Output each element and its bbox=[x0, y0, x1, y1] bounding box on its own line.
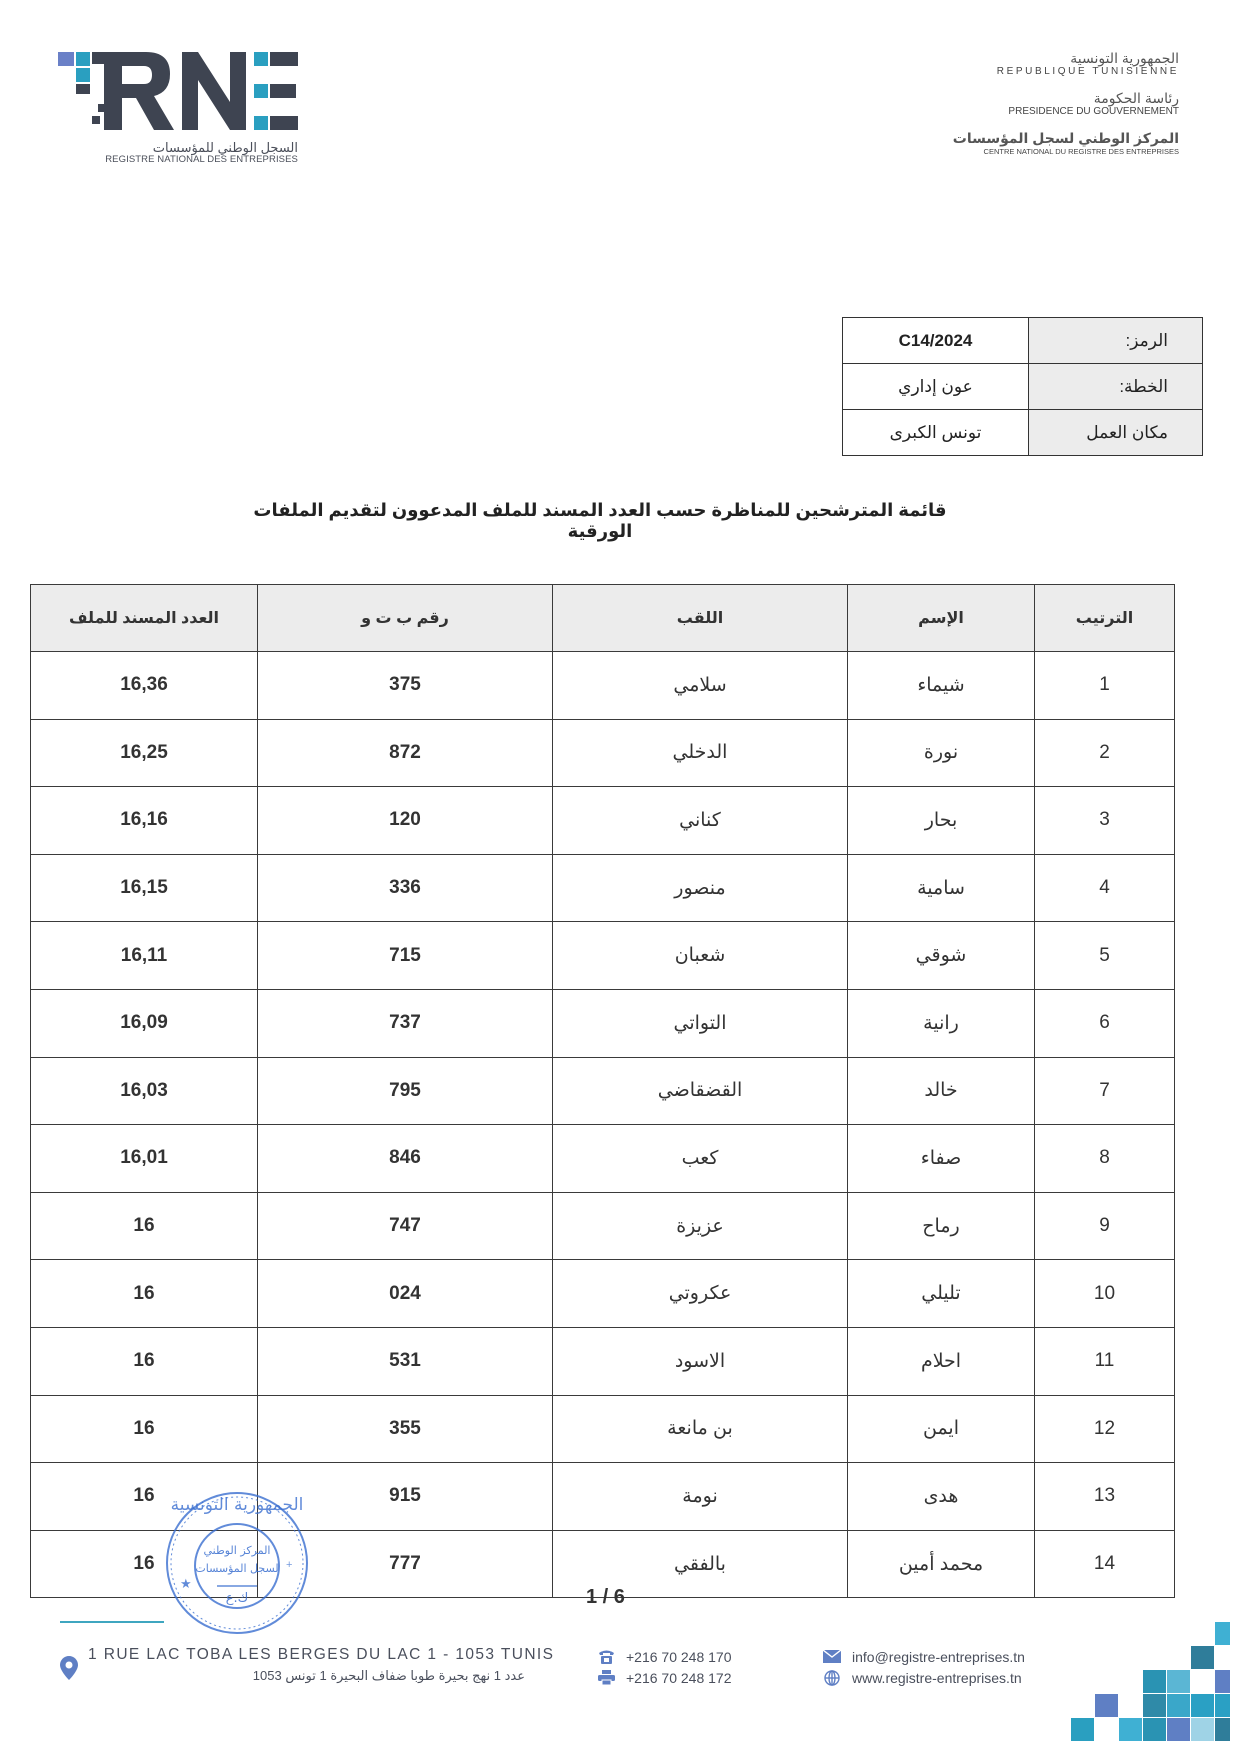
header-first-name: الإسم bbox=[848, 585, 1035, 652]
presidency-arabic: رئاسة الحكومة bbox=[939, 90, 1179, 106]
id-number-cell: 355 bbox=[258, 1395, 553, 1463]
header-last-name: اللقب bbox=[553, 585, 848, 652]
last-name-cell: التواتي bbox=[553, 989, 848, 1057]
score-cell: 16,25 bbox=[31, 719, 258, 787]
website-url[interactable]: www.registre-entreprises.tn bbox=[852, 1670, 1022, 1686]
svg-text:+: + bbox=[286, 1559, 292, 1571]
address-french: 1 RUE LAC TOBA LES BERGES DU LAC 1 - 105… bbox=[88, 1646, 554, 1664]
position-value: عون إداري bbox=[843, 364, 1029, 410]
globe-icon bbox=[822, 1670, 842, 1686]
first-name-cell: رانية bbox=[848, 989, 1035, 1057]
last-name-cell: عزيزة bbox=[553, 1192, 848, 1260]
fax-row: +216 70 248 172 bbox=[596, 1667, 732, 1688]
last-name-cell: عكروتي bbox=[553, 1260, 848, 1328]
presidency-french: PRESIDENCE DU GOUVERNEMENT bbox=[939, 106, 1179, 118]
table-row: 4 سامية منصور 336 16,15 bbox=[31, 854, 1175, 922]
rank-cell: 8 bbox=[1035, 1125, 1175, 1193]
score-cell: 16,36 bbox=[31, 652, 258, 720]
rank-cell: 13 bbox=[1035, 1463, 1175, 1531]
official-stamp-icon: الجمهورية التونسية المركز الوطني لسجل ال… bbox=[162, 1488, 312, 1638]
svg-text:الجمهورية التونسية: الجمهورية التونسية bbox=[171, 1495, 304, 1515]
id-number-cell: 737 bbox=[258, 989, 553, 1057]
document-title: قائمة المترشحين للمناظرة حسب العدد المسن… bbox=[240, 500, 960, 542]
code-value: C14/2024 bbox=[843, 318, 1029, 364]
table-row: 5 شوقي شعبان 715 16,11 bbox=[31, 922, 1175, 990]
svg-text:المركز الوطني: المركز الوطني bbox=[204, 1544, 271, 1557]
rank-cell: 11 bbox=[1035, 1327, 1175, 1395]
email-row: info@registre-entreprises.tn bbox=[822, 1646, 1025, 1667]
id-number-cell: 846 bbox=[258, 1125, 553, 1193]
id-number-cell: 872 bbox=[258, 719, 553, 787]
fax-number[interactable]: +216 70 248 172 bbox=[626, 1670, 732, 1686]
score-cell: 16 bbox=[31, 1395, 258, 1463]
table-row: 11 احلام الاسود 531 16 bbox=[31, 1327, 1175, 1395]
first-name-cell: احلام bbox=[848, 1327, 1035, 1395]
rank-cell: 7 bbox=[1035, 1057, 1175, 1125]
address-arabic: عدد 1 نهج بحيرة طوبا ضفاف البحيرة 1 تونس… bbox=[88, 1668, 525, 1684]
rank-cell: 14 bbox=[1035, 1530, 1175, 1598]
location-label: مكان العمل bbox=[1029, 410, 1203, 456]
first-name-cell: تليلي bbox=[848, 1260, 1035, 1328]
score-cell: 16,01 bbox=[31, 1125, 258, 1193]
table-row: 7 خالد القضقاضي 795 16,03 bbox=[31, 1057, 1175, 1125]
last-name-cell: نومة bbox=[553, 1463, 848, 1531]
phone-row: +216 70 248 170 bbox=[596, 1646, 732, 1667]
competition-info-table: الرمز: C14/2024 الخطة: عون إداري مكان ال… bbox=[842, 317, 1203, 456]
score-cell: 16 bbox=[31, 1260, 258, 1328]
first-name-cell: ايمن bbox=[848, 1395, 1035, 1463]
table-row: 12 ايمن بن مانعة 355 16 bbox=[31, 1395, 1175, 1463]
rank-cell: 5 bbox=[1035, 922, 1175, 990]
rank-cell: 2 bbox=[1035, 719, 1175, 787]
id-number-cell: 375 bbox=[258, 652, 553, 720]
phone-number[interactable]: +216 70 248 170 bbox=[626, 1649, 732, 1665]
center-french: CENTRE NATIONAL DU REGISTRE DES ENTREPRI… bbox=[939, 146, 1179, 158]
website-row: www.registre-entreprises.tn bbox=[822, 1667, 1025, 1688]
email-address[interactable]: info@registre-entreprises.tn bbox=[852, 1649, 1025, 1665]
score-cell: 16,09 bbox=[31, 989, 258, 1057]
rank-cell: 9 bbox=[1035, 1192, 1175, 1260]
first-name-cell: سامية bbox=[848, 854, 1035, 922]
id-number-cell: 120 bbox=[258, 787, 553, 855]
first-name-cell: صفاء bbox=[848, 1125, 1035, 1193]
first-name-cell: محمد أمين bbox=[848, 1530, 1035, 1598]
rank-cell: 10 bbox=[1035, 1260, 1175, 1328]
info-row-location: مكان العمل تونس الكبرى bbox=[843, 410, 1203, 456]
svg-text:★: ★ bbox=[180, 1576, 192, 1591]
table-row: 9 رماح عزيزة 747 16 bbox=[31, 1192, 1175, 1260]
rank-cell: 6 bbox=[1035, 989, 1175, 1057]
footer-phones: +216 70 248 170 +216 70 248 172 bbox=[596, 1646, 732, 1688]
first-name-cell: بحار bbox=[848, 787, 1035, 855]
republic-arabic: الجمهورية التونسية bbox=[939, 50, 1179, 66]
info-row-code: الرمز: C14/2024 bbox=[843, 318, 1203, 364]
header-score: العدد المسند للملف bbox=[31, 585, 258, 652]
last-name-cell: سلامي bbox=[553, 652, 848, 720]
location-value: تونس الكبرى bbox=[843, 410, 1029, 456]
table-row: 3 بحار كناني 120 16,16 bbox=[31, 787, 1175, 855]
rne-logo: السجل الوطني للمؤسسات REGISTRE NATIONAL … bbox=[58, 52, 298, 164]
table-row: 10 تليلي عكروتي 024 16 bbox=[31, 1260, 1175, 1328]
first-name-cell: شوقي bbox=[848, 922, 1035, 990]
svg-text:ك.ع: ك.ع bbox=[226, 1591, 249, 1606]
first-name-cell: نورة bbox=[848, 719, 1035, 787]
government-header: الجمهورية التونسية REPUBLIQUE TUNISIENNE… bbox=[939, 50, 1179, 170]
location-pin-icon bbox=[60, 1656, 78, 1680]
score-cell: 16 bbox=[31, 1327, 258, 1395]
id-number-cell: 747 bbox=[258, 1192, 553, 1260]
score-cell: 16,16 bbox=[31, 787, 258, 855]
last-name-cell: الاسود bbox=[553, 1327, 848, 1395]
id-number-cell: 715 bbox=[258, 922, 553, 990]
republic-french: REPUBLIQUE TUNISIENNE bbox=[939, 66, 1179, 78]
rank-cell: 1 bbox=[1035, 652, 1175, 720]
position-label: الخطة: bbox=[1029, 364, 1203, 410]
first-name-cell: خالد bbox=[848, 1057, 1035, 1125]
table-row: 2 نورة الدخلي 872 16,25 bbox=[31, 719, 1175, 787]
logo-french-name: REGISTRE NATIONAL DES ENTREPRISES bbox=[96, 154, 298, 165]
last-name-cell: القضقاضي bbox=[553, 1057, 848, 1125]
table-row: 8 صفاء كعب 846 16,01 bbox=[31, 1125, 1175, 1193]
decorative-pixel-blocks-icon bbox=[1060, 1622, 1230, 1744]
last-name-cell: الدخلي bbox=[553, 719, 848, 787]
info-row-position: الخطة: عون إداري bbox=[843, 364, 1203, 410]
table-row: 1 شيماء سلامي 375 16,36 bbox=[31, 652, 1175, 720]
rank-cell: 12 bbox=[1035, 1395, 1175, 1463]
center-arabic: المركز الوطني لسجل المؤسسات bbox=[939, 130, 1179, 146]
footer-divider bbox=[60, 1621, 164, 1623]
telephone-icon bbox=[596, 1649, 616, 1665]
first-name-cell: شيماء bbox=[848, 652, 1035, 720]
last-name-cell: بن مانعة bbox=[553, 1395, 848, 1463]
score-cell: 16,03 bbox=[31, 1057, 258, 1125]
score-cell: 16 bbox=[31, 1192, 258, 1260]
id-number-cell: 336 bbox=[258, 854, 553, 922]
id-number-cell: 024 bbox=[258, 1260, 553, 1328]
page-number: 1 / 6 bbox=[586, 1586, 625, 1609]
last-name-cell: منصور bbox=[553, 854, 848, 922]
last-name-cell: كناني bbox=[553, 787, 848, 855]
rne-logo-mark-icon bbox=[58, 52, 298, 132]
last-name-cell: شعبان bbox=[553, 922, 848, 990]
envelope-icon bbox=[822, 1649, 842, 1665]
rank-cell: 3 bbox=[1035, 787, 1175, 855]
table-row: 6 رانية التواتي 737 16,09 bbox=[31, 989, 1175, 1057]
score-cell: 16,15 bbox=[31, 854, 258, 922]
score-cell: 16,11 bbox=[31, 922, 258, 990]
header-id-number: رقم ب ت و bbox=[258, 585, 553, 652]
svg-text:لسجل المؤسسات: لسجل المؤسسات bbox=[195, 1562, 278, 1575]
code-label: الرمز: bbox=[1029, 318, 1203, 364]
candidates-table: الترتيب الإسم اللقب رقم ب ت و العدد المس… bbox=[30, 584, 1175, 1598]
footer-online: info@registre-entreprises.tn www.registr… bbox=[822, 1646, 1025, 1688]
table-header-row: الترتيب الإسم اللقب رقم ب ت و العدد المس… bbox=[31, 585, 1175, 652]
id-number-cell: 531 bbox=[258, 1327, 553, 1395]
rank-cell: 4 bbox=[1035, 854, 1175, 922]
last-name-cell: كعب bbox=[553, 1125, 848, 1193]
fax-printer-icon bbox=[596, 1670, 616, 1686]
header-rank: الترتيب bbox=[1035, 585, 1175, 652]
first-name-cell: رماح bbox=[848, 1192, 1035, 1260]
first-name-cell: هدى bbox=[848, 1463, 1035, 1531]
id-number-cell: 795 bbox=[258, 1057, 553, 1125]
